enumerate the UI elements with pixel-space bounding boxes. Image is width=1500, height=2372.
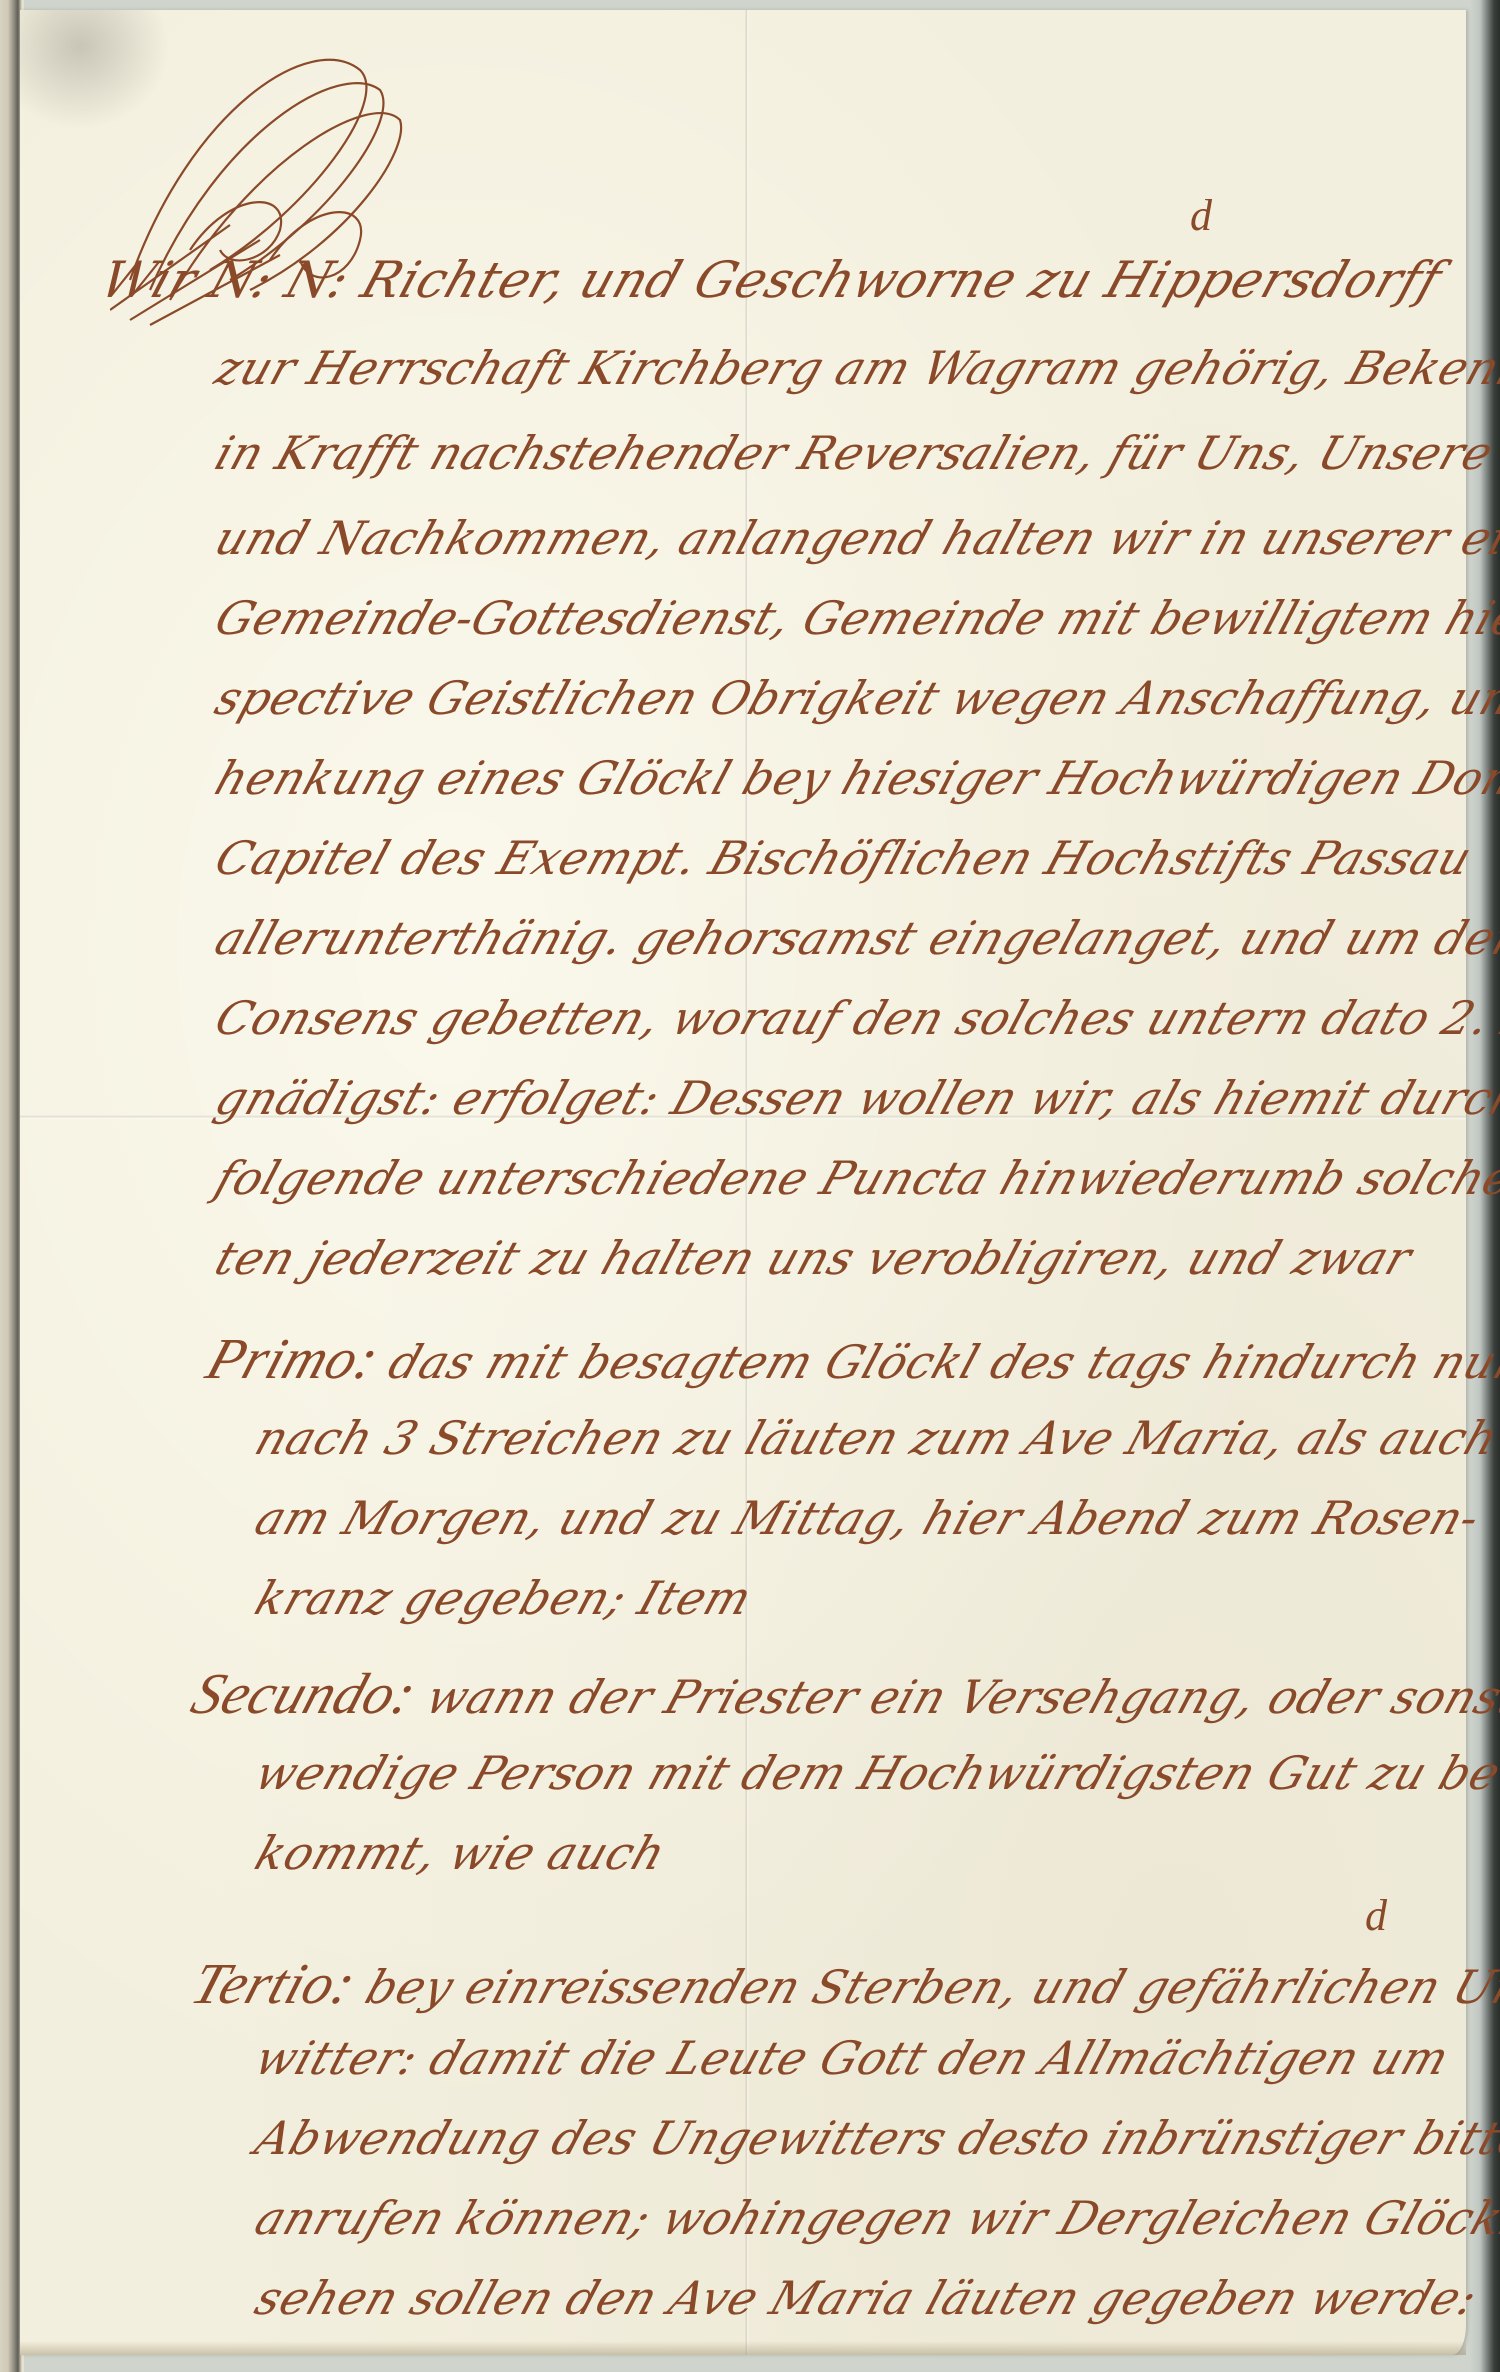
text-line: Abwendung des Ungewitters desto inbrünst…	[250, 2115, 1500, 2161]
text-line: ten jederzeit zu halten uns verobligiren…	[210, 1235, 1417, 1281]
text-line: kommt, wie auch	[250, 1830, 671, 1876]
text-line: witter: damit die Leute Gott den Allmäch…	[250, 2035, 1455, 2081]
text-line: Consens gebetten, worauf den solches unt…	[210, 995, 1500, 1041]
section-primo: Primo: das mit besagtem Glöckl des tags …	[200, 1330, 1500, 1388]
text-line: henkung eines Glöckl bey hiesiger Hochwü…	[210, 755, 1500, 801]
tertio-mark: d	[1365, 1890, 1387, 1941]
section-label: Secundo:	[184, 1661, 425, 1726]
text-line: spective Geistlichen Obrigkeit wegen Ans…	[210, 675, 1500, 721]
text-line: wann der Priester ein Versehgang, oder s…	[420, 1670, 1500, 1724]
manuscript-text: Wir N: N: Richter, und Geschworne zu Hip…	[20, 10, 1466, 2355]
text-line: anrufen können; wohingegen wir Dergleich…	[250, 2195, 1500, 2241]
text-line: sehen sollen den Ave Maria läuten gegebe…	[250, 2275, 1483, 2321]
manuscript-page: d Wir N: N: Richter, und Geschworne zu H…	[20, 10, 1466, 2355]
text-line: Gemeinde-Gottesdienst, Gemeinde mit bewi…	[210, 595, 1500, 641]
section-label: Tertio:	[184, 1951, 364, 2016]
text-line: in Krafft nachstehender Reversalien, für…	[210, 430, 1500, 476]
text-line: bey einreissenden Sterben, und gefährlic…	[359, 1960, 1500, 2014]
text-line: allerunterthänig. gehorsamst eingelanget…	[210, 915, 1500, 961]
text-line: zur Herrschaft Kirchberg am Wagram gehör…	[210, 345, 1500, 391]
text-line: am Morgen, und zu Mittag, hier Abend zum…	[250, 1495, 1485, 1541]
text-line: und Nachkommen, anlangend halten wir in …	[210, 515, 1500, 561]
text-line: Capitel des Exempt. Bischöflichen Hochst…	[210, 835, 1478, 881]
section-tertio: Tertio: bey einreissenden Sterben, und g…	[185, 1955, 1500, 2013]
section-secundo: Secundo: wann der Priester ein Versehgan…	[185, 1665, 1500, 1723]
text-line: folgende unterschiedene Puncta hinwieder…	[210, 1155, 1500, 1201]
section-label: Primo:	[199, 1326, 387, 1391]
text-line: kranz gegeben; Item	[250, 1575, 757, 1621]
text-line: nach 3 Streichen zu läuten zum Ave Maria…	[250, 1415, 1500, 1461]
text-line: wendige Person mit dem Hochwürdigsten Gu…	[250, 1750, 1500, 1796]
text-line: gnädigst: erfolget: Dessen wollen wir, a…	[210, 1075, 1500, 1121]
text-line: das mit besagtem Glöckl des tags hindurc…	[382, 1335, 1500, 1389]
text-line: Wir N: N: Richter, und Geschworne zu Hip…	[95, 255, 1448, 305]
